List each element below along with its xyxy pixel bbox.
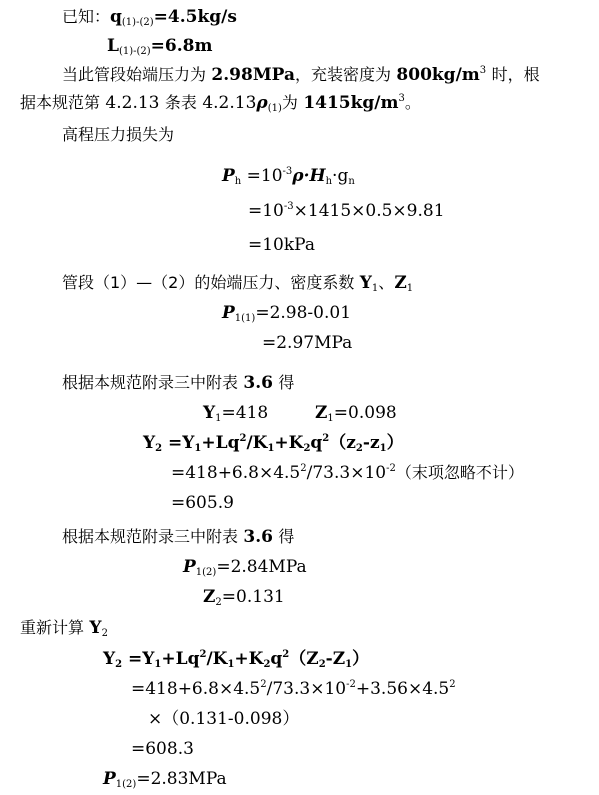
q-subscript: (1)-(2) xyxy=(122,17,154,28)
text: 为 xyxy=(282,93,298,112)
y2-calculation-2: =418+6.8×4.52/73.3×10-2+3.56×4.52 xyxy=(131,678,456,700)
text: +K xyxy=(274,433,303,453)
P-symbol: P xyxy=(183,557,196,577)
density-value: 800kg/m xyxy=(396,65,479,85)
y1-value: Y1=418 xyxy=(203,402,268,424)
text: ） xyxy=(387,433,404,453)
subscript: 2 xyxy=(356,443,363,454)
text: （z xyxy=(329,433,356,453)
P-symbol: P xyxy=(222,166,235,186)
exponent: -3 xyxy=(283,166,293,177)
L-subscript: (1)-(2) xyxy=(119,46,151,57)
text: =Y xyxy=(168,433,194,453)
Y-symbol: Y xyxy=(360,273,372,293)
paragraph-1-line-1: 当此管段始端压力为 2.98MPa，充装密度为 800kg/m3 时，根 xyxy=(62,64,540,86)
text: （Z xyxy=(289,649,318,669)
subscript: n xyxy=(348,176,354,187)
text: =Y xyxy=(128,649,154,669)
segment-heading: 管段（1）—（2）的始端压力、密度系数 Y1、Z1 xyxy=(62,272,413,294)
ph-equation-3: =10kPa xyxy=(248,234,315,256)
ph-equation-1: Ph =10-3ρ·Hh·gn xyxy=(222,165,355,187)
text: 条表 xyxy=(165,93,197,112)
rho-subscript: (1) xyxy=(268,103,282,114)
text: /73.3×10 xyxy=(307,463,386,483)
note: （末项忽略不计） xyxy=(396,463,524,482)
p1-2-value: P1(2)=2.84MPa xyxy=(183,556,307,578)
subscript: 1 xyxy=(407,283,413,294)
z2-value: Z2=0.131 xyxy=(203,586,285,608)
y2-result-2: =608.3 xyxy=(131,738,194,760)
q-symbol: q xyxy=(110,7,122,27)
table-number: 3.6 xyxy=(243,527,273,547)
text: q xyxy=(310,433,322,453)
given-label: 已知： xyxy=(62,7,110,26)
exponent: -2 xyxy=(386,463,396,474)
text: 当此管段始端压力为 xyxy=(62,65,206,84)
elevation-loss-heading: 高程压力损失为 xyxy=(62,124,174,146)
text: +Lq xyxy=(201,433,239,453)
text: =10 xyxy=(248,201,284,221)
text: ） xyxy=(352,649,369,669)
z1-value: Z1=0.098 xyxy=(315,402,397,424)
value: =2.83MPa xyxy=(136,769,226,789)
exponent: -3 xyxy=(284,201,294,212)
text: -z xyxy=(363,433,380,453)
given-q-line: 已知：q(1)-(2)=4.5kg/s xyxy=(62,6,237,28)
text: 时，根 xyxy=(492,65,540,84)
rho-symbol: ρ xyxy=(256,93,267,113)
p1-1-equation-1: P1(1)=2.98-0.01 xyxy=(222,302,351,324)
pressure-value: 2.98MPa xyxy=(211,65,295,85)
text: ×1415×0.5×9.81 xyxy=(294,201,445,221)
text: Y xyxy=(103,649,115,669)
Y-symbol: Y xyxy=(89,618,101,638)
text: ·g xyxy=(332,166,348,186)
text: q xyxy=(270,649,282,669)
Z-symbol: Z xyxy=(203,587,215,607)
subscript: 1(2) xyxy=(196,567,217,578)
text: /K xyxy=(246,433,267,453)
y2-calculation-2-continued: ×（0.131-0.098） xyxy=(148,708,299,730)
recalculate-heading: 重新计算 Y2 xyxy=(20,617,108,639)
subscript: 1 xyxy=(380,443,387,454)
result: =608.3 xyxy=(131,739,194,759)
paragraph-1-line-2: 据本规范第 4.2.13 条表 4.2.13ρ(1)为 1415kg/m3。 xyxy=(20,92,421,114)
value: =418 xyxy=(222,403,269,423)
table-number: 3.6 xyxy=(243,373,273,393)
Z-symbol: Z xyxy=(315,403,327,423)
text: 重新计算 xyxy=(20,618,84,637)
value: =0.131 xyxy=(222,587,285,607)
text: -Z xyxy=(326,649,345,669)
y2-calculation-1: =418+6.8×4.52/73.3×10-2（末项忽略不计） xyxy=(171,462,524,484)
text: 得 xyxy=(278,373,294,392)
Z-symbol: Z xyxy=(394,273,406,293)
value: =2.84MPa xyxy=(216,557,306,577)
subscript: 1(1) xyxy=(235,313,256,324)
given-L-line: L(1)-(2)=6.8m xyxy=(107,35,212,57)
text: 根据本规范附录三中附表 xyxy=(62,527,238,546)
text: /73.3×10 xyxy=(267,679,346,699)
ph-equation-2: =10-3×1415×0.5×9.81 xyxy=(248,200,445,222)
text: 、 xyxy=(378,273,394,292)
exponent: -2 xyxy=(346,679,356,690)
q-value: =4.5kg/s xyxy=(154,7,237,27)
text: 。 xyxy=(405,93,421,112)
subscript: 1(2) xyxy=(116,779,137,790)
Y-symbol: Y xyxy=(203,403,215,423)
text: ρ· xyxy=(292,166,309,186)
result: =2.97MPa xyxy=(262,333,352,353)
text: +Lq xyxy=(161,649,199,669)
subscript: 2 xyxy=(115,659,122,670)
text: +3.56×4.5 xyxy=(356,679,449,699)
L-value: =6.8m xyxy=(151,36,213,56)
text: 据本规范第 xyxy=(20,93,100,112)
clause-number: 4.2.13 xyxy=(105,93,159,113)
text: 管段（1）—（2）的始端压力、密度系数 xyxy=(62,273,354,292)
superscript: 2 xyxy=(449,679,455,690)
text: =418+6.8×4.5 xyxy=(171,463,300,483)
text: /K xyxy=(206,649,227,669)
subscript: 2 xyxy=(102,628,108,639)
text: Y xyxy=(143,433,155,453)
text: =10 xyxy=(247,166,283,186)
y2-formula: Y2 =Y1+Lq2/K1+K2q2（z2-z1） xyxy=(143,432,404,454)
text: =2.98-0.01 xyxy=(255,303,351,323)
p1-1-equation-2: =2.97MPa xyxy=(262,332,352,354)
text: ×（0.131-0.098） xyxy=(148,709,299,729)
P-symbol: P xyxy=(103,769,116,789)
subscript: 2 xyxy=(155,443,162,454)
value: =0.098 xyxy=(334,403,397,423)
subscript: 2 xyxy=(319,659,326,670)
reference-line-2: 根据本规范附录三中附表 3.6 得 xyxy=(62,526,294,548)
y2-formula-recalc: Y2 =Y1+Lq2/K1+K2q2（Z2-Z1） xyxy=(103,648,369,670)
text: ，充装密度为 xyxy=(295,65,391,84)
y2-result-1: =605.9 xyxy=(171,492,234,514)
text: 根据本规范附录三中附表 xyxy=(62,373,238,392)
superscript: 3 xyxy=(480,65,486,76)
result: =605.9 xyxy=(171,493,234,513)
p1-2-final-value: P1(2)=2.83MPa xyxy=(103,768,227,790)
P-symbol: P xyxy=(222,303,235,323)
density-value: 1415kg/m xyxy=(303,93,398,113)
text: =418+6.8×4.5 xyxy=(131,679,260,699)
text: 得 xyxy=(278,527,294,546)
reference-line-1: 根据本规范附录三中附表 3.6 得 xyxy=(62,372,294,394)
H-symbol: H xyxy=(310,166,326,186)
text: +K xyxy=(234,649,263,669)
subscript: h xyxy=(235,176,241,187)
L-symbol: L xyxy=(107,36,119,56)
table-number: 4.2.13 xyxy=(202,93,256,113)
result: =10kPa xyxy=(248,235,315,255)
